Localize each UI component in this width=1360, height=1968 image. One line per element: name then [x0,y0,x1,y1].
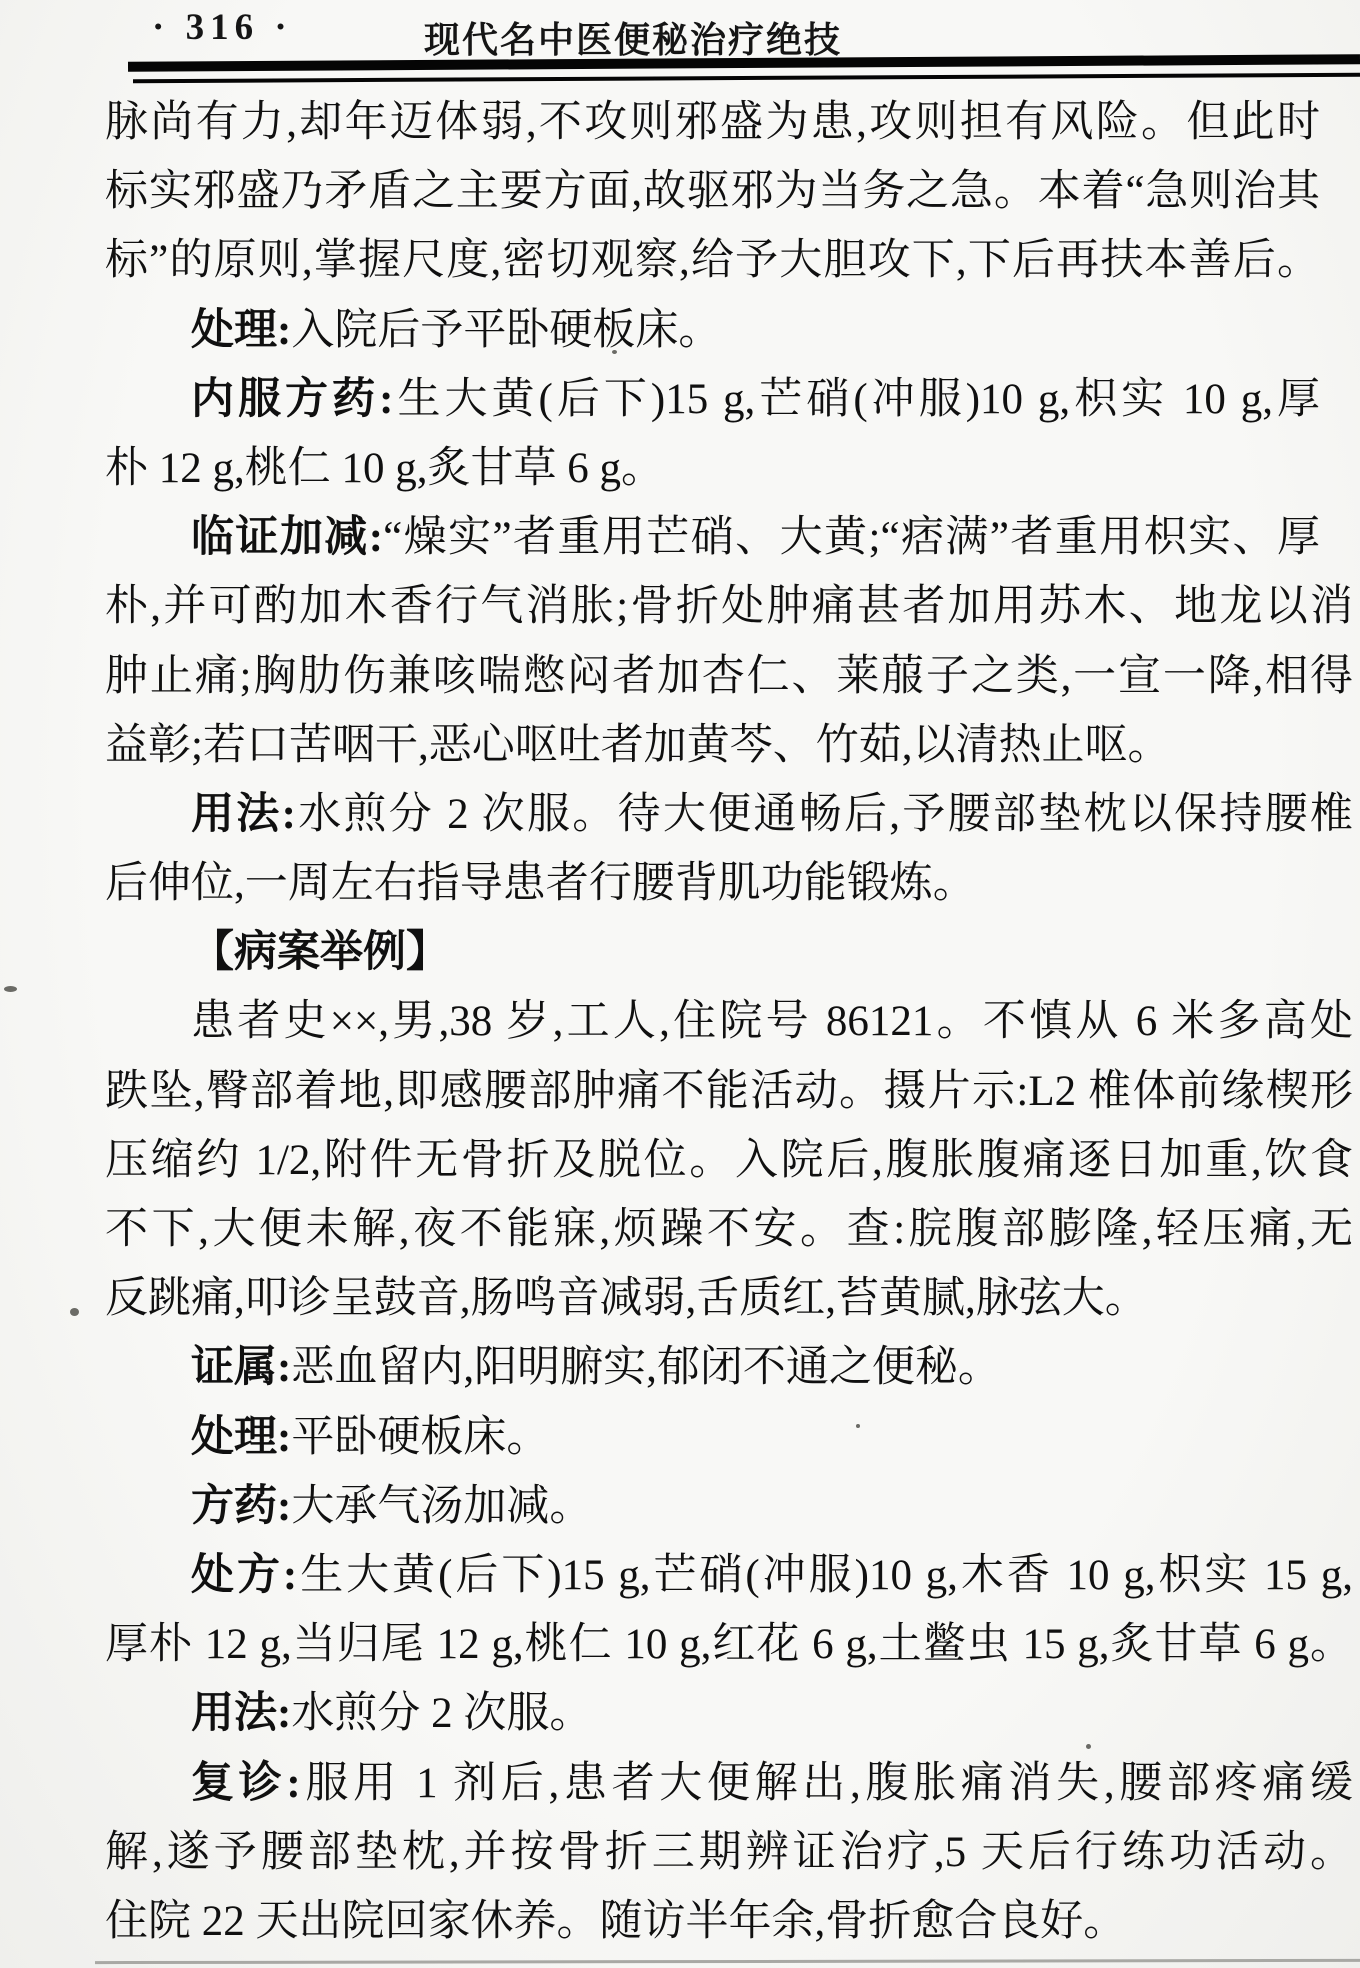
text-run: 解,遂予腰部垫枕,并按骨折三期辨证治疗,5 天后行练功活动。 [105,1829,1353,1876]
scan-speck [4,986,17,992]
paragraph-label: 处理: [191,307,291,354]
text-line: 益彰;若口苦咽干,恶心呕吐者加黄芩、竹茹,以清热止呕。 [105,711,1320,780]
text-line: 复诊:服用 1 剂后,患者大便解出,腹胀痛消失,腰部疼痛缓 [105,1749,1353,1818]
text-run: 标实邪盛乃矛盾之主要方面,故驱邪为当务之急。本着“急则治其 [105,168,1320,215]
text-run: 益彰;若口苦咽干,恶心呕吐者加黄芩、竹茹,以清热止呕。 [105,722,1170,769]
text-line: 脉尚有力,却年迈体弱,不攻则邪盛为患,攻则担有风险。但此时 [105,88,1320,157]
text-line: 住院 22 天出院回家休养。随访半年余,骨折愈合良好。 [105,1887,1320,1956]
text-run: 脉尚有力,却年迈体弱,不攻则邪盛为患,攻则担有风险。但此时 [105,99,1320,146]
text-line: 反跳痛,叩诊呈鼓音,肠鸣音减弱,舌质红,苔黄腻,脉弦大。 [105,1264,1320,1333]
scan-speck [856,1424,860,1428]
text-run: 朴,并可酌加木香行气消胀;骨折处肿痛甚者加用苏木、地龙以消 [105,583,1353,630]
text-run: 患者史××,男,38 岁,工人,住院号 86121。不慎从 6 米多高处 [191,998,1353,1045]
text-line: 跌坠,臀部着地,即感腰部肿痛不能活动。摄片示:L2 椎体前缘楔形 [105,1057,1353,1126]
text-line: 厚朴 12 g,当归尾 12 g,桃仁 10 g,红花 6 g,土鳖虫 15 g… [105,1610,1353,1679]
paragraph-label: 临证加减: [191,514,383,561]
paragraph-label: 【病案举例】 [191,929,449,976]
text-run: “燥实”者重用芒硝、大黄;“痞满”者重用枳实、厚 [383,514,1320,561]
text-line: 【病案举例】 [105,918,1320,987]
page-body-text: 脉尚有力,却年迈体弱,不攻则邪盛为患,攻则担有风险。但此时标实邪盛乃矛盾之主要方… [105,88,1320,1956]
text-line: 不下,大便未解,夜不能寐,烦躁不安。查:脘腹部膨隆,轻压痛,无 [105,1195,1353,1264]
text-run: 生大黄(后下)15 g,芒硝(冲服)10 g,木香 10 g,枳实 15 g, [297,1552,1353,1599]
text-line: 后伸位,一周左右指导患者行腰背肌功能锻炼。 [105,849,1320,918]
text-run: 反跳痛,叩诊呈鼓音,肠鸣音减弱,舌质红,苔黄腻,脉弦大。 [105,1275,1148,1322]
paragraph-label: 复诊: [191,1760,301,1807]
text-line: 证属:恶血留内,阳明腑实,郁闭不通之便秘。 [105,1333,1320,1402]
text-run: 住院 22 天出院回家休养。随访半年余,骨折愈合良好。 [105,1898,1126,1945]
text-run: 大承气汤加减。 [291,1483,592,1530]
text-line: 压缩约 1/2,附件无骨折及脱位。入院后,腹胀腹痛逐日加重,饮食 [105,1126,1353,1195]
text-line: 方药:大承气汤加减。 [105,1472,1320,1541]
text-run: 服用 1 剂后,患者大便解出,腹胀痛消失,腰部疼痛缓 [301,1760,1353,1807]
text-line: 患者史××,男,38 岁,工人,住院号 86121。不慎从 6 米多高处 [105,987,1353,1056]
paragraph-label: 用法: [191,791,296,838]
text-run: 平卧硬板床。 [291,1414,549,1461]
text-line: 标”的原则,掌握尺度,密切观察,给予大胆攻下,下后再扶本善后。 [105,226,1320,295]
scan-speck [70,1308,79,1316]
text-run: 标”的原则,掌握尺度,密切观察,给予大胆攻下,下后再扶本善后。 [105,237,1320,284]
paragraph-label: 用法: [191,1690,291,1737]
text-line: 解,遂予腰部垫枕,并按骨折三期辨证治疗,5 天后行练功活动。 [105,1818,1353,1887]
text-line: 处理:入院后予平卧硬板床。 [105,296,1320,365]
text-run: 恶血留内,阳明腑实,郁闭不通之便秘。 [291,1344,1001,1391]
text-run: 肿止痛;胸肋伤兼咳喘憋闷者加杏仁、莱菔子之类,一宣一降,相得 [105,653,1353,700]
book-title: 现代名中医便秘治疗绝技 [424,12,842,63]
text-run: 后伸位,一周左右指导患者行腰背肌功能锻炼。 [105,860,976,907]
paragraph-label: 方药: [191,1483,291,1530]
text-run: 水煎分 2 次服。 [291,1690,592,1737]
text-line: 处理:平卧硬板床。 [105,1403,1320,1472]
text-run: 厚朴 12 g,当归尾 12 g,桃仁 10 g,红花 6 g,土鳖虫 15 g… [105,1621,1353,1668]
text-line: 标实邪盛乃矛盾之主要方面,故驱邪为当务之急。本着“急则治其 [105,157,1320,226]
header-rule-thin [133,73,1360,83]
text-run: 生大黄(后下)15 g,芒硝(冲服)10 g,枳实 10 g,厚 [393,376,1320,423]
text-line: 肿止痛;胸肋伤兼咳喘憋闷者加杏仁、莱菔子之类,一宣一降,相得 [105,642,1353,711]
text-line: 用法:水煎分 2 次服。 [105,1679,1320,1748]
text-line: 用法:水煎分 2 次服。待大便通畅后,予腰部垫枕以保持腰椎 [105,780,1353,849]
text-line: 内服方药:生大黄(后下)15 g,芒硝(冲服)10 g,枳实 10 g,厚 [105,365,1320,434]
text-run: 朴 12 g,桃仁 10 g,炙甘草 6 g。 [105,445,664,492]
paragraph-label: 处理: [191,1414,291,1461]
scan-speck [612,350,617,354]
page-bottom-rule [95,1959,1360,1964]
text-run: 不下,大便未解,夜不能寐,烦躁不安。查:脘腹部膨隆,轻压痛,无 [105,1206,1353,1253]
text-run: 跌坠,臀部着地,即感腰部肿痛不能活动。摄片示:L2 椎体前缘楔形 [105,1068,1353,1115]
text-run: 水煎分 2 次服。待大便通畅后,予腰部垫枕以保持腰椎 [296,791,1353,838]
text-run: 压缩约 1/2,附件无骨折及脱位。入院后,腹胀腹痛逐日加重,饮食 [105,1137,1353,1184]
paragraph-label: 内服方药: [191,376,393,423]
text-line: 朴 12 g,桃仁 10 g,炙甘草 6 g。 [105,434,1320,503]
paragraph-label: 证属: [191,1344,291,1391]
paragraph-label: 处方: [191,1552,297,1599]
page-number: · 316 · [152,6,293,49]
text-line: 临证加减:“燥实”者重用芒硝、大黄;“痞满”者重用枳实、厚 [105,503,1320,572]
text-line: 朴,并可酌加木香行气消胀;骨折处肿痛甚者加用苏木、地龙以消 [105,572,1353,641]
text-line: 处方:生大黄(后下)15 g,芒硝(冲服)10 g,木香 10 g,枳实 15 … [105,1541,1353,1610]
scan-speck [1086,1744,1091,1749]
text-run: 入院后予平卧硬板床。 [291,307,721,354]
